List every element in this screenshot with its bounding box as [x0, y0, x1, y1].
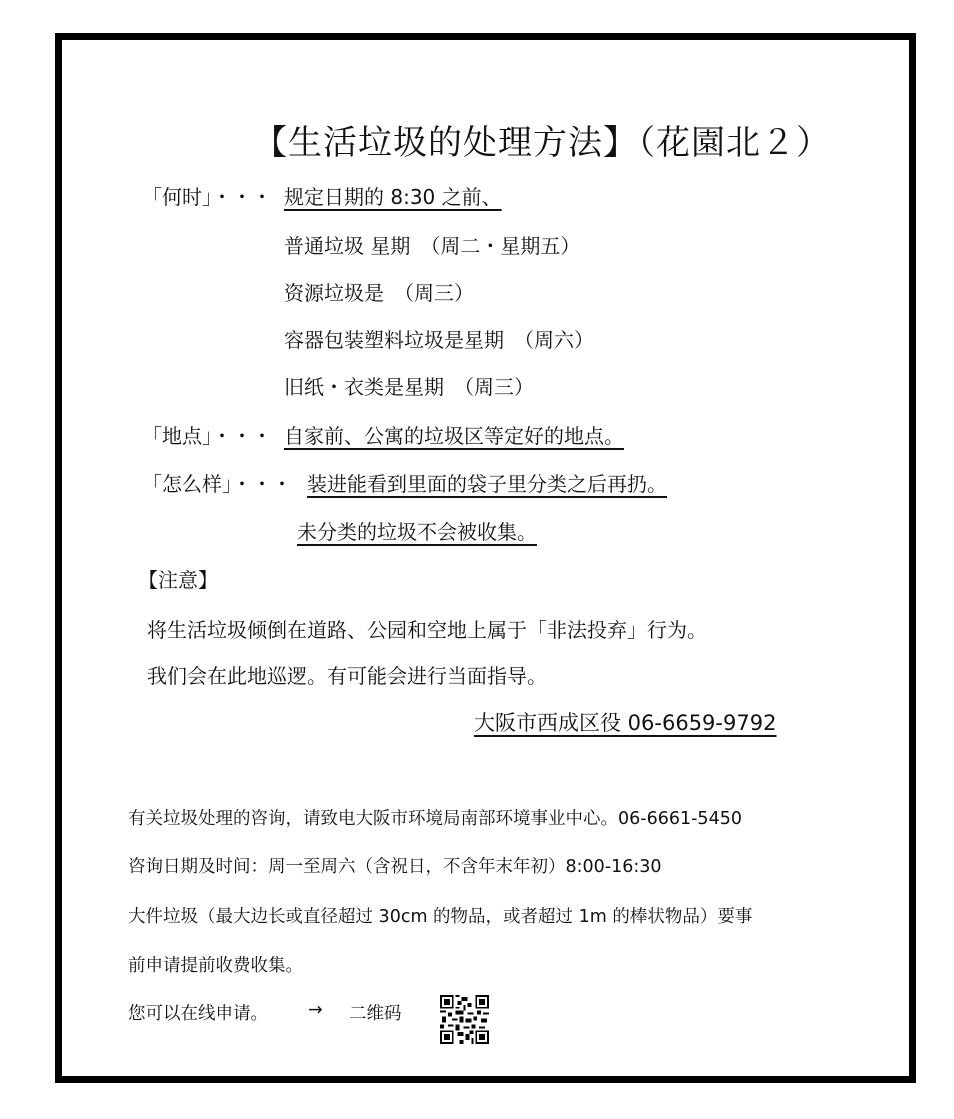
- qr-code-icon[interactable]: [440, 995, 489, 1044]
- schedule-plastic: 容器包装塑料垃圾是星期 （周六）: [284, 324, 594, 353]
- notice-title: 【生活垃圾的处理方法】（花園北２）: [202, 115, 882, 164]
- where-value: 自家前、公寓的垃圾区等定好的地点。: [284, 420, 624, 449]
- bulky-line-1: 大件垃圾（最大边长或直径超过 30cm 的物品，或者超过 1m 的棒状物品）要事: [128, 903, 752, 928]
- caution-line-1: 将生活垃圾倾倒在道路、公园和空地上属于「非法投弃」行为。: [147, 614, 707, 643]
- schedule-resource: 资源垃圾是 （周三）: [284, 277, 474, 306]
- hours-line: 咨询日期及时间：周一至周六（含祝日，不含年末年初）8:00-16:30: [128, 853, 662, 878]
- schedule-paper: 旧纸・衣类是星期 （周三）: [284, 371, 534, 400]
- where-label: 「地点」・・・: [142, 420, 272, 449]
- how-label: 「怎么样」・・・: [142, 468, 292, 497]
- schedule-regular: 普通垃圾 星期 （周二・星期五）: [284, 230, 580, 259]
- caution-line-2: 我们会在此地巡逻。有可能会进行当面指导。: [147, 660, 547, 689]
- inquiry-line: 有关垃圾处理的咨询，请致电大阪市环境局南部环境事业中心。06-6661-5450: [128, 805, 742, 830]
- qr-label: 二维码: [349, 1000, 402, 1025]
- arrow-right-icon: →: [308, 1000, 323, 1020]
- bulky-line-2: 前申请提前收费收集。: [128, 952, 303, 977]
- when-label: 「何时」・・・: [142, 181, 272, 210]
- caution-heading: 【注意】: [138, 564, 218, 593]
- when-value: 规定日期的 8:30 之前、: [284, 181, 502, 210]
- online-apply-text: 您可以在线申请。: [128, 1000, 268, 1025]
- ward-office-contact: 大阪市西成区役 06-6659-9792: [474, 707, 776, 737]
- how-note: 未分类的垃圾不会被收集。: [297, 516, 537, 545]
- notice-frame: 【生活垃圾的处理方法】（花園北２） 「何时」・・・ 规定日期的 8:30 之前、…: [55, 33, 916, 1083]
- how-value: 装进能看到里面的袋子里分类之后再扔。: [307, 468, 667, 497]
